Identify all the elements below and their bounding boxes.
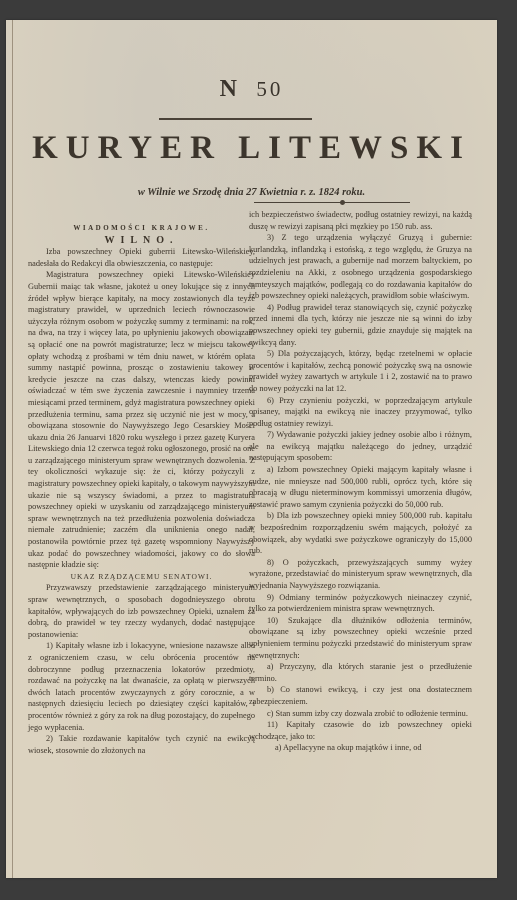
right-column: ich bezpieczeństwo świadectw, podług ost… [249, 209, 472, 754]
paragraph: 4) Podług prawideł teraz stanowiących si… [249, 302, 472, 348]
decree-heading: UKAZ RZĄDZĄCEMU SENATOWI. [28, 571, 255, 583]
paragraph: b) Co stanowi ewikcyą, i czy jest ona do… [249, 684, 472, 707]
dateline: w Wilnie we Srzodę dnia 27 Kwietnia r. z… [6, 187, 497, 198]
paragraph: Magistratura powszechney opieki Litewsko… [28, 269, 255, 570]
paragraph: 8) O pożyczkach, przewyższających summy … [249, 557, 472, 592]
newspaper-title: KURYER LITEWSKI [6, 130, 497, 167]
paragraph: 9) Odmiany terminów pożyczkowych nieinac… [249, 592, 472, 615]
paragraph: 2) Takie rozdawanie kapitałów tych czyni… [28, 733, 255, 756]
masthead-rule [159, 118, 312, 120]
paragraph: 5) Dla pożyczających, którzy, będąc rzet… [249, 348, 472, 394]
paragraph: 6) Przy czynieniu pożyczki, w poprzedzaj… [249, 395, 472, 430]
paragraph: 11) Kapitały czasowie do izb powszechney… [249, 719, 472, 742]
paragraph: 3) Z tego urządzenia wyłączyć Gruzyą i g… [249, 232, 472, 302]
paragraph: a) Apellacyyne na okup majątków i inne, … [249, 742, 472, 754]
newspaper-page: N 50 KURYER LITEWSKI w Wilnie we Srzodę … [6, 20, 497, 878]
issue-value: 50 [256, 77, 283, 101]
section-heading: WIADOMOŚCI KRAJOWE. [28, 223, 255, 235]
paragraph: Izba powszechney Opieki guberrii Litewsk… [28, 246, 255, 269]
paragraph: a) Izbom powszechney Opieki mającym kapi… [249, 464, 472, 510]
paragraph: b) Dla izb powszechney opieki mniey 500,… [249, 510, 472, 556]
issue-prefix: N [220, 76, 240, 102]
paragraph: 10) Szukające dla dłużników odłożenia te… [249, 615, 472, 661]
paragraph: 1) Kapitały własne izb i lokacyyne, wnie… [28, 640, 255, 733]
left-column: WIADOMOŚCI KRAJOWE. WILNO. Izba powszech… [28, 223, 255, 756]
column-top-rule [254, 202, 410, 203]
paragraph: Przyzwawszy przedstawienie zarządzająceg… [28, 582, 255, 640]
issue-number: N 50 [6, 76, 497, 103]
paragraph: a) Przyczyny, dla których staranie jest … [249, 661, 472, 684]
city-heading: WILNO. [28, 235, 255, 247]
paragraph: 7) Wydawanie pożyczki jakiey jedney osob… [249, 429, 472, 464]
paragraph: ich bezpieczeństwo świadectw, podług ost… [249, 209, 472, 232]
paragraph: c) Stan summ izby czy dozwala zrobić to … [249, 708, 472, 720]
